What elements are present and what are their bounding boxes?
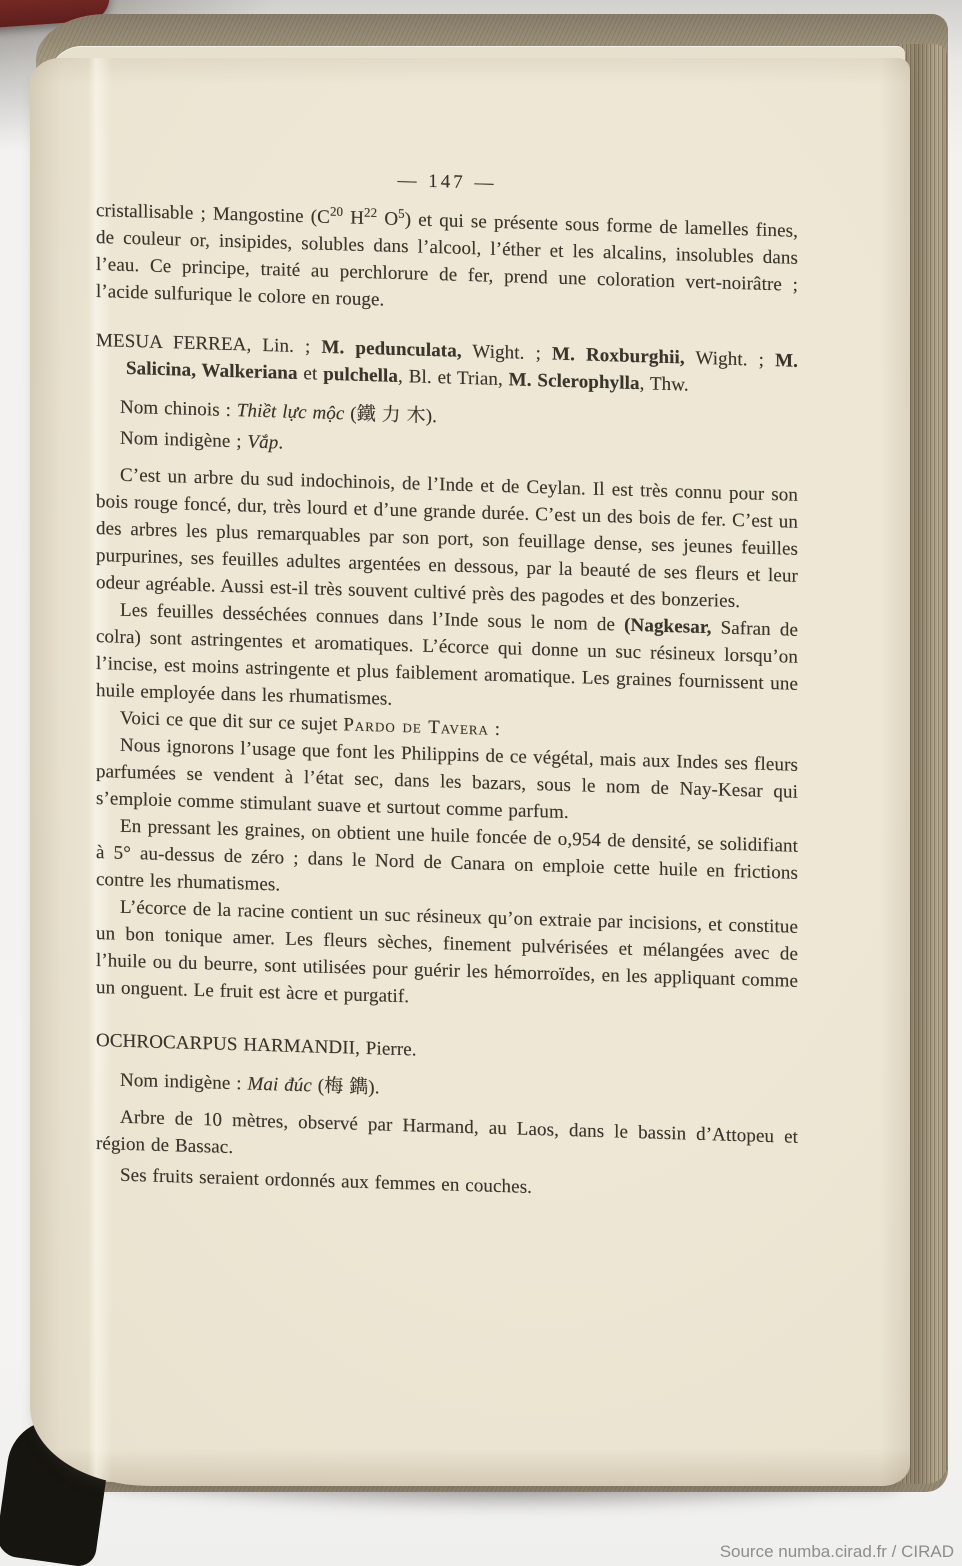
text-segment: , Thw. bbox=[640, 373, 689, 395]
continuation-paragraph: cristallisable ; Mangostine (C20 H22 O5)… bbox=[96, 197, 798, 326]
paragraph-ecorce: L’écorce de la racine contient un suc ré… bbox=[96, 893, 798, 1022]
text-segment: OCHROCARPUS HARMANDII, Pierre. bbox=[96, 1030, 417, 1061]
source-watermark: Source numba.cirad.fr / CIRAD bbox=[720, 1542, 954, 1562]
text-segment: ) et qui se présente sous forme de lamel… bbox=[96, 209, 798, 310]
species-heading-mesua: MESUA FERREA, Lin. ; M. pedunculata, Wig… bbox=[96, 327, 798, 402]
text-segment: , Bl. et Trian, bbox=[398, 366, 509, 390]
text-segment: : bbox=[489, 719, 500, 740]
text-segment: L’écorce de la racine contient un suc ré… bbox=[96, 897, 798, 1008]
text-segment: Arbre de 10 mètres, observé par Harmand,… bbox=[96, 1107, 798, 1158]
paragraph-description: C’est un arbre du sud indochinois, de l’… bbox=[96, 461, 798, 617]
text-segment: (鐵 力 木). bbox=[344, 403, 437, 427]
text-segment: et bbox=[298, 363, 324, 385]
text-segment: (Nagkesar, bbox=[624, 615, 711, 639]
text-segment: Voici ce que dit sur ce sujet bbox=[120, 708, 343, 736]
species-heading-ochrocarpus: OCHROCARPUS HARMANDII, Pierre. bbox=[96, 1027, 798, 1075]
text-segment: Wight. ; bbox=[685, 347, 775, 371]
text-segment: 22 bbox=[364, 205, 377, 220]
text-segment: Wight. ; bbox=[462, 341, 552, 365]
text-segment: M. Sclerophylla bbox=[509, 369, 640, 394]
text-segment: MESUA FERREA, Lin. ; bbox=[96, 330, 321, 358]
text-segment: M. Roxburghii, bbox=[552, 344, 685, 369]
text-segment: Mai đúc bbox=[247, 1073, 312, 1096]
text-blocks: cristallisable ; Mangostine (C20 H22 O5)… bbox=[96, 197, 798, 1209]
text-segment: Nom indigène ; bbox=[120, 428, 247, 453]
text-segment: 20 bbox=[330, 204, 343, 219]
text-segment: (梅 鐫). bbox=[312, 1075, 380, 1098]
paragraph-feuilles: Les feuilles desséchées connues dans l’I… bbox=[96, 596, 798, 725]
text-segment: O bbox=[377, 208, 398, 230]
scanned-book-page: — 147 — cristallisable ; Mangostine (C20… bbox=[0, 0, 962, 1566]
text-segment: 5 bbox=[398, 206, 405, 221]
text-segment: Nom chinois : bbox=[120, 397, 237, 421]
text-segment: M. pedunculata, bbox=[321, 337, 461, 362]
text-segment: C’est un arbre du sud indochinois, de l’… bbox=[96, 465, 798, 612]
text-segment: . bbox=[278, 432, 283, 453]
text-segment: Thiềt lực mộc bbox=[237, 400, 345, 424]
text-segment: Pardo de Tavera bbox=[343, 714, 489, 739]
text-segment: cristallisable ; Mangostine (C bbox=[96, 200, 330, 228]
text-segment: Nom indigène : bbox=[120, 1070, 247, 1095]
text-segment: Nous ignorons l’usage que font les Phili… bbox=[96, 735, 798, 823]
text-segment: H bbox=[343, 207, 364, 229]
text-segment: Vắp bbox=[247, 431, 278, 453]
page-text: — 147 — cristallisable ; Mangostine (C20… bbox=[96, 158, 798, 1209]
text-segment: pulchella bbox=[323, 364, 398, 387]
